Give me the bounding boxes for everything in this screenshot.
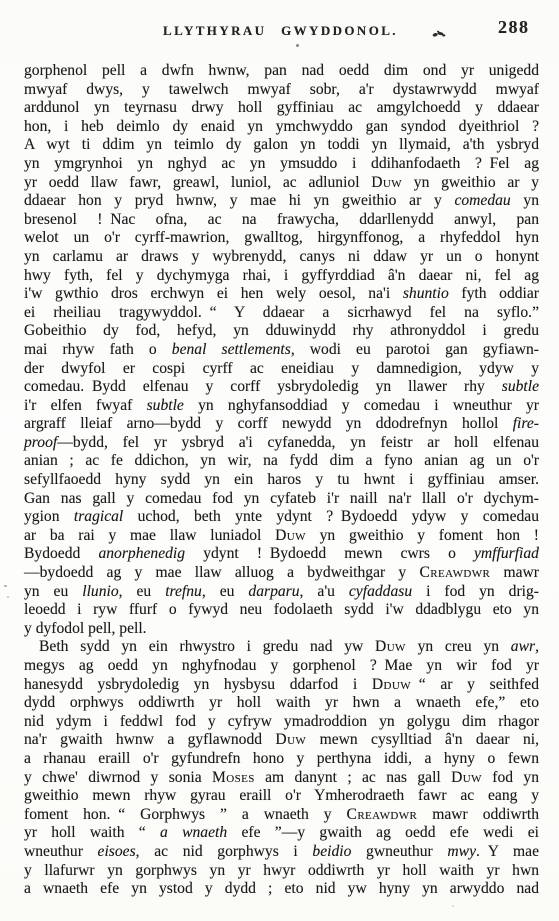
text-run: —bydd, fel yr ysbryd a'i cyfanedda, yn f… — [57, 434, 539, 451]
smallcaps-text-run: Dduw — [372, 676, 411, 693]
text-line: Bydoedd anorphenedig ydynt ! Bydoedd mew… — [24, 545, 539, 564]
italic-text-run: eisoes — [98, 843, 136, 860]
text-run: gwneuthur — [351, 843, 447, 860]
text-run: mai rhyw fath o — [24, 341, 172, 358]
text-line: bresenol ! Nac ofna, ac na frawycha, dda… — [24, 211, 539, 230]
italic-text-run: awr — [511, 638, 535, 655]
text-line: Gan nas gall y comedau fod yn cyfateb i'… — [24, 490, 539, 509]
text-line: argraff lleiaf arno—bydd y corff newydd … — [24, 415, 539, 434]
text-run: efe ”—y gwaith ag oedd efe wedi ei — [227, 824, 539, 841]
text-line: proof—bydd, fel yr ysbryd a'i cyfanedda,… — [24, 434, 539, 453]
text-line: y dyfodol pell, pell. — [24, 620, 539, 639]
text-run: mewn cysylltiad â'n daear ni, — [306, 731, 539, 748]
printers-ornament-icon — [431, 29, 447, 39]
text-line: —bydoedd ag y mae llaw alluog a bydweith… — [24, 564, 539, 583]
text-line: megys ag oedd yn nghyfnodau y gorphenol … — [24, 657, 539, 676]
text-run: yr oedd llaw fawr, greawl, luniol, ac ad… — [24, 174, 371, 191]
text-run: wneuthur — [24, 843, 98, 860]
italic-text-run: cyfaddasu — [349, 583, 412, 600]
text-run: y llafurwr yn gorphwys yn yr hwyr oddiwr… — [24, 862, 539, 879]
text-run: i'w gwthio dros erchwyn ei hen wely oeso… — [24, 285, 403, 302]
text-run: yn gweithio y foment hon ! — [306, 527, 539, 544]
text-run: A wyt ti ddim yn teimlo dy galon yn todd… — [24, 136, 539, 153]
italic-text-run: llunio — [82, 583, 118, 600]
body-text: gorphenol pell a dwfn hwnw, pan nad oedd… — [24, 62, 539, 899]
italic-text-run: fire- — [513, 415, 539, 432]
smallcaps-text-run: Creawdwr — [347, 806, 418, 823]
italic-text-run: a wnaeth — [160, 824, 227, 841]
smallcaps-text-run: Creawdwr — [419, 564, 490, 581]
text-line: comedau. Bydd elfenau y corff ysbrydoled… — [24, 378, 539, 397]
text-line: leoedd i ryw ffurf o fywyd neu fodolaeth… — [24, 601, 539, 620]
text-run: fyth oddiar — [449, 285, 539, 302]
text-run: , ac nid gorphwys i — [136, 843, 313, 860]
text-line: Beth sydd yn ein rhwystro i gredu nad yw… — [24, 638, 539, 657]
text-run: ar ba rai y mae llaw luniadol — [24, 527, 275, 544]
italic-text-run: mwy — [447, 843, 476, 860]
book-page-scan: LLYTHYRAU GWYDDONOL. 288 gorphenol pell … — [0, 0, 559, 921]
italic-text-run: anorphenedig — [98, 545, 185, 562]
text-run: i fod yn drig- — [412, 583, 539, 600]
text-line: nid ydym i feddwl fod y cyfryw ymadroddi… — [24, 713, 539, 732]
text-run: leoedd i ryw ffurf o fywyd neu fodolaeth… — [24, 601, 539, 618]
text-run: Bydoedd — [24, 545, 98, 562]
text-run: a rhanau eraill o'r gyfundrefn hono y pe… — [24, 750, 539, 767]
text-run: yr holl waith “ — [24, 824, 160, 841]
text-run: a wnaeth efe yn ystod y dydd ; eto nid y… — [24, 880, 539, 897]
text-run: mawr — [490, 564, 539, 581]
text-line: Gobeithio dy fod, hefyd, yn dduwinydd rh… — [24, 322, 539, 341]
text-run: anian ; ac fe ddichon, yn wir, na fydd d… — [24, 452, 539, 469]
text-run: yn ymgrynhoi yn nghyd ac yn ymsuddo i dd… — [24, 155, 539, 172]
text-run: hanesydd ysbrydoledig yn hysbysu ddarfod… — [24, 676, 372, 693]
text-line: ei rheiliau tragywyddol. “ Y ddaear a si… — [24, 304, 539, 323]
text-line: wneuthur eisoes, ac nid gorphwys i beidi… — [24, 843, 539, 862]
text-run: der dwyfol er cospi cyrff ac eneidiau y … — [24, 360, 539, 377]
text-line: a wnaeth efe yn ystod y dydd ; eto nid y… — [24, 880, 539, 899]
text-run: , eu — [119, 583, 166, 600]
italic-text-run: beidio — [312, 843, 351, 860]
text-run: y dyfodol pell, pell. — [24, 620, 147, 637]
page-number: 288 — [498, 17, 530, 38]
text-line: gweithio mewn rhyw gyrau eraill o'r Ymhe… — [24, 787, 539, 806]
italic-text-run: subtle — [502, 378, 539, 395]
text-line: welot un o'r cyrff-mawrion, gwalltog, hi… — [24, 229, 539, 248]
italic-text-run: darparu — [248, 583, 299, 600]
italic-text-run: subtle — [147, 397, 184, 414]
text-run: yn creu yn — [406, 638, 511, 655]
smallcaps-text-run: Duw — [451, 769, 482, 786]
italic-text-run: comedau — [454, 192, 510, 209]
text-run: fod yn — [482, 769, 539, 786]
text-run: am danynt ; ac nas gall — [255, 769, 451, 786]
text-run: ddaear hon y pryd hwnw, y mae hi yn gwei… — [24, 192, 454, 209]
text-run: ydynt ! Bydoedd mewn cwrs o — [185, 545, 474, 562]
text-run: welot un o'r cyrff-mawrion, gwalltog, hi… — [24, 229, 539, 246]
smallcaps-text-run: Duw — [275, 527, 306, 544]
text-run: Beth sydd yn ein rhwystro i gredu nad yw — [39, 638, 375, 655]
text-line: hanesydd ysbrydoledig yn hysbysu ddarfod… — [24, 676, 539, 695]
text-run: y chwe' diwrnod y sonia — [24, 769, 212, 786]
text-line: A wyt ti ddim yn teimlo dy galon yn todd… — [24, 136, 539, 155]
italic-text-run: tragical — [74, 508, 123, 525]
smallcaps-text-run: Duw — [371, 174, 402, 191]
text-line: gorphenol pell a dwfn hwnw, pan nad oedd… — [24, 62, 539, 81]
text-run: megys ag oedd yn nghyfnodau y gorphenol … — [24, 657, 539, 674]
text-run: yn carlamu ar draws y wybrenydd, canys n… — [24, 248, 539, 265]
text-line: ar ba rai y mae llaw luniadol Duw yn gwe… — [24, 527, 539, 546]
running-title: LLYTHYRAU GWYDDONOL. — [163, 23, 398, 39]
italic-text-run: proof — [24, 434, 57, 451]
text-run: , — [535, 638, 539, 655]
text-run: —bydoedd ag y mae llaw alluog a bydweith… — [24, 564, 419, 581]
text-run: yn nghyfansoddiad y comedau i wneuthur y… — [184, 397, 539, 414]
text-line: anian ; ac fe ddichon, yn wir, na fydd d… — [24, 452, 539, 471]
text-run: argraff lleiaf arno—bydd y corff newydd … — [24, 415, 513, 432]
text-line: y llafurwr yn gorphwys yn yr hwyr oddiwr… — [24, 862, 539, 881]
text-line: mwyaf dwys, y tawelwch mwyaf sobr, a'r d… — [24, 81, 539, 100]
text-run: yn eu — [24, 583, 82, 600]
smallcaps-text-run: Duw — [275, 731, 306, 748]
text-run: i'r elfen fwyaf — [24, 397, 147, 414]
scan-speck — [296, 44, 299, 47]
text-line: yn carlamu ar draws y wybrenydd, canys n… — [24, 248, 539, 267]
text-line: y chwe' diwrnod y sonia Moses am danynt … — [24, 769, 539, 788]
text-run: mawr oddiwrth — [417, 806, 539, 823]
text-run: , wodi eu parotoi gan gyfiawn- — [291, 341, 539, 358]
italic-text-run: benal settlements — [172, 341, 291, 358]
italic-text-run: trefnu — [165, 583, 202, 600]
text-run: hwy fyth, fel y dychymyga rhai, i gyffyr… — [24, 267, 539, 284]
text-line: hon, i heb deimlo dy enaid yn ymchwyddo … — [24, 118, 539, 137]
text-line: na'r gwaith hwnw a gyflawnodd Duw mewn c… — [24, 731, 539, 750]
text-run: uchod, beth ynte ydynt ? Bydoedd ydyw y … — [123, 508, 539, 525]
text-run: yn gweithio ar y — [402, 174, 539, 191]
text-run: nid ydym i feddwl fod y cyfryw ymadroddi… — [24, 713, 539, 730]
text-line: arddunol yn teyrnasu drwy holl gyffiniau… — [24, 99, 539, 118]
text-line: a rhanau eraill o'r gyfundrefn hono y pe… — [24, 750, 539, 769]
scan-speck — [452, 905, 454, 907]
text-line: yr holl waith “ a wnaeth efe ”—y gwaith … — [24, 824, 539, 843]
text-run: “ ar y seithfed — [411, 676, 539, 693]
italic-text-run: ymffurfiad — [474, 545, 539, 562]
text-line: yn ymgrynhoi yn nghyd ac yn ymsuddo i dd… — [24, 155, 539, 174]
text-run: hon, i heb deimlo dy enaid yn ymchwyddo … — [24, 118, 539, 135]
text-run: gorphenol pell a dwfn hwnw, pan nad oedd… — [24, 62, 539, 79]
smallcaps-text-run: Duw — [375, 638, 406, 655]
italic-text-run: shuntio — [403, 285, 449, 302]
text-run: . Y mae — [476, 843, 539, 860]
text-line: hwy fyth, fel y dychymyga rhai, i gyffyr… — [24, 267, 539, 286]
text-run: arddunol yn teyrnasu drwy holl gyffiniau… — [24, 99, 539, 116]
text-line: dydd orphwys oddiwrth yr holl waith yr h… — [24, 694, 539, 713]
text-line: yn eu llunio, eu trefnu, eu darparu, a'u… — [24, 583, 539, 602]
text-run: , a'u — [300, 583, 349, 600]
text-line: yr oedd llaw fawr, greawl, luniol, ac ad… — [24, 174, 539, 193]
text-line: ddaear hon y pryd hwnw, y mae hi yn gwei… — [24, 192, 539, 211]
text-line: der dwyfol er cospi cyrff ac eneidiau y … — [24, 360, 539, 379]
text-run: foment hon. “ Gorphwys ” a wnaeth y — [24, 806, 347, 823]
text-run: bresenol ! Nac ofna, ac na frawycha, dda… — [24, 211, 539, 228]
text-line: ygion tragical uchod, beth ynte ydynt ? … — [24, 508, 539, 527]
scan-speck — [7, 596, 9, 598]
text-run: ei rheiliau tragywyddol. “ Y ddaear a si… — [24, 304, 539, 321]
smallcaps-text-run: Moses — [212, 769, 255, 786]
text-run: dydd orphwys oddiwrth yr holl waith yr h… — [24, 694, 539, 711]
text-line: sefyllfaoedd hyny sydd yn ein haros y tu… — [24, 471, 539, 490]
text-run: ygion — [24, 508, 74, 525]
text-run: comedau. Bydd elfenau y corff ysbrydoled… — [24, 378, 502, 395]
text-run: na'r gwaith hwnw a gyflawnodd — [24, 731, 275, 748]
text-run: yn — [511, 192, 539, 209]
text-run: gweithio mewn rhyw gyrau eraill o'r Ymhe… — [24, 787, 539, 804]
text-run: Gobeithio dy fod, hefyd, yn dduwinydd rh… — [24, 322, 539, 339]
text-line: i'r elfen fwyaf subtle yn nghyfansoddiad… — [24, 397, 539, 416]
text-run: sefyllfaoedd hyny sydd yn ein haros y tu… — [24, 471, 539, 488]
text-line: i'w gwthio dros erchwyn ei hen wely oeso… — [24, 285, 539, 304]
text-line: mai rhyw fath o benal settlements, wodi … — [24, 341, 539, 360]
text-run: mwyaf dwys, y tawelwch mwyaf sobr, a'r d… — [24, 81, 539, 98]
text-run: Gan nas gall y comedau fod yn cyfateb i'… — [24, 490, 539, 507]
text-line: foment hon. “ Gorphwys ” a wnaeth y Crea… — [24, 806, 539, 825]
scan-speck — [4, 585, 7, 587]
text-run: , eu — [202, 583, 249, 600]
